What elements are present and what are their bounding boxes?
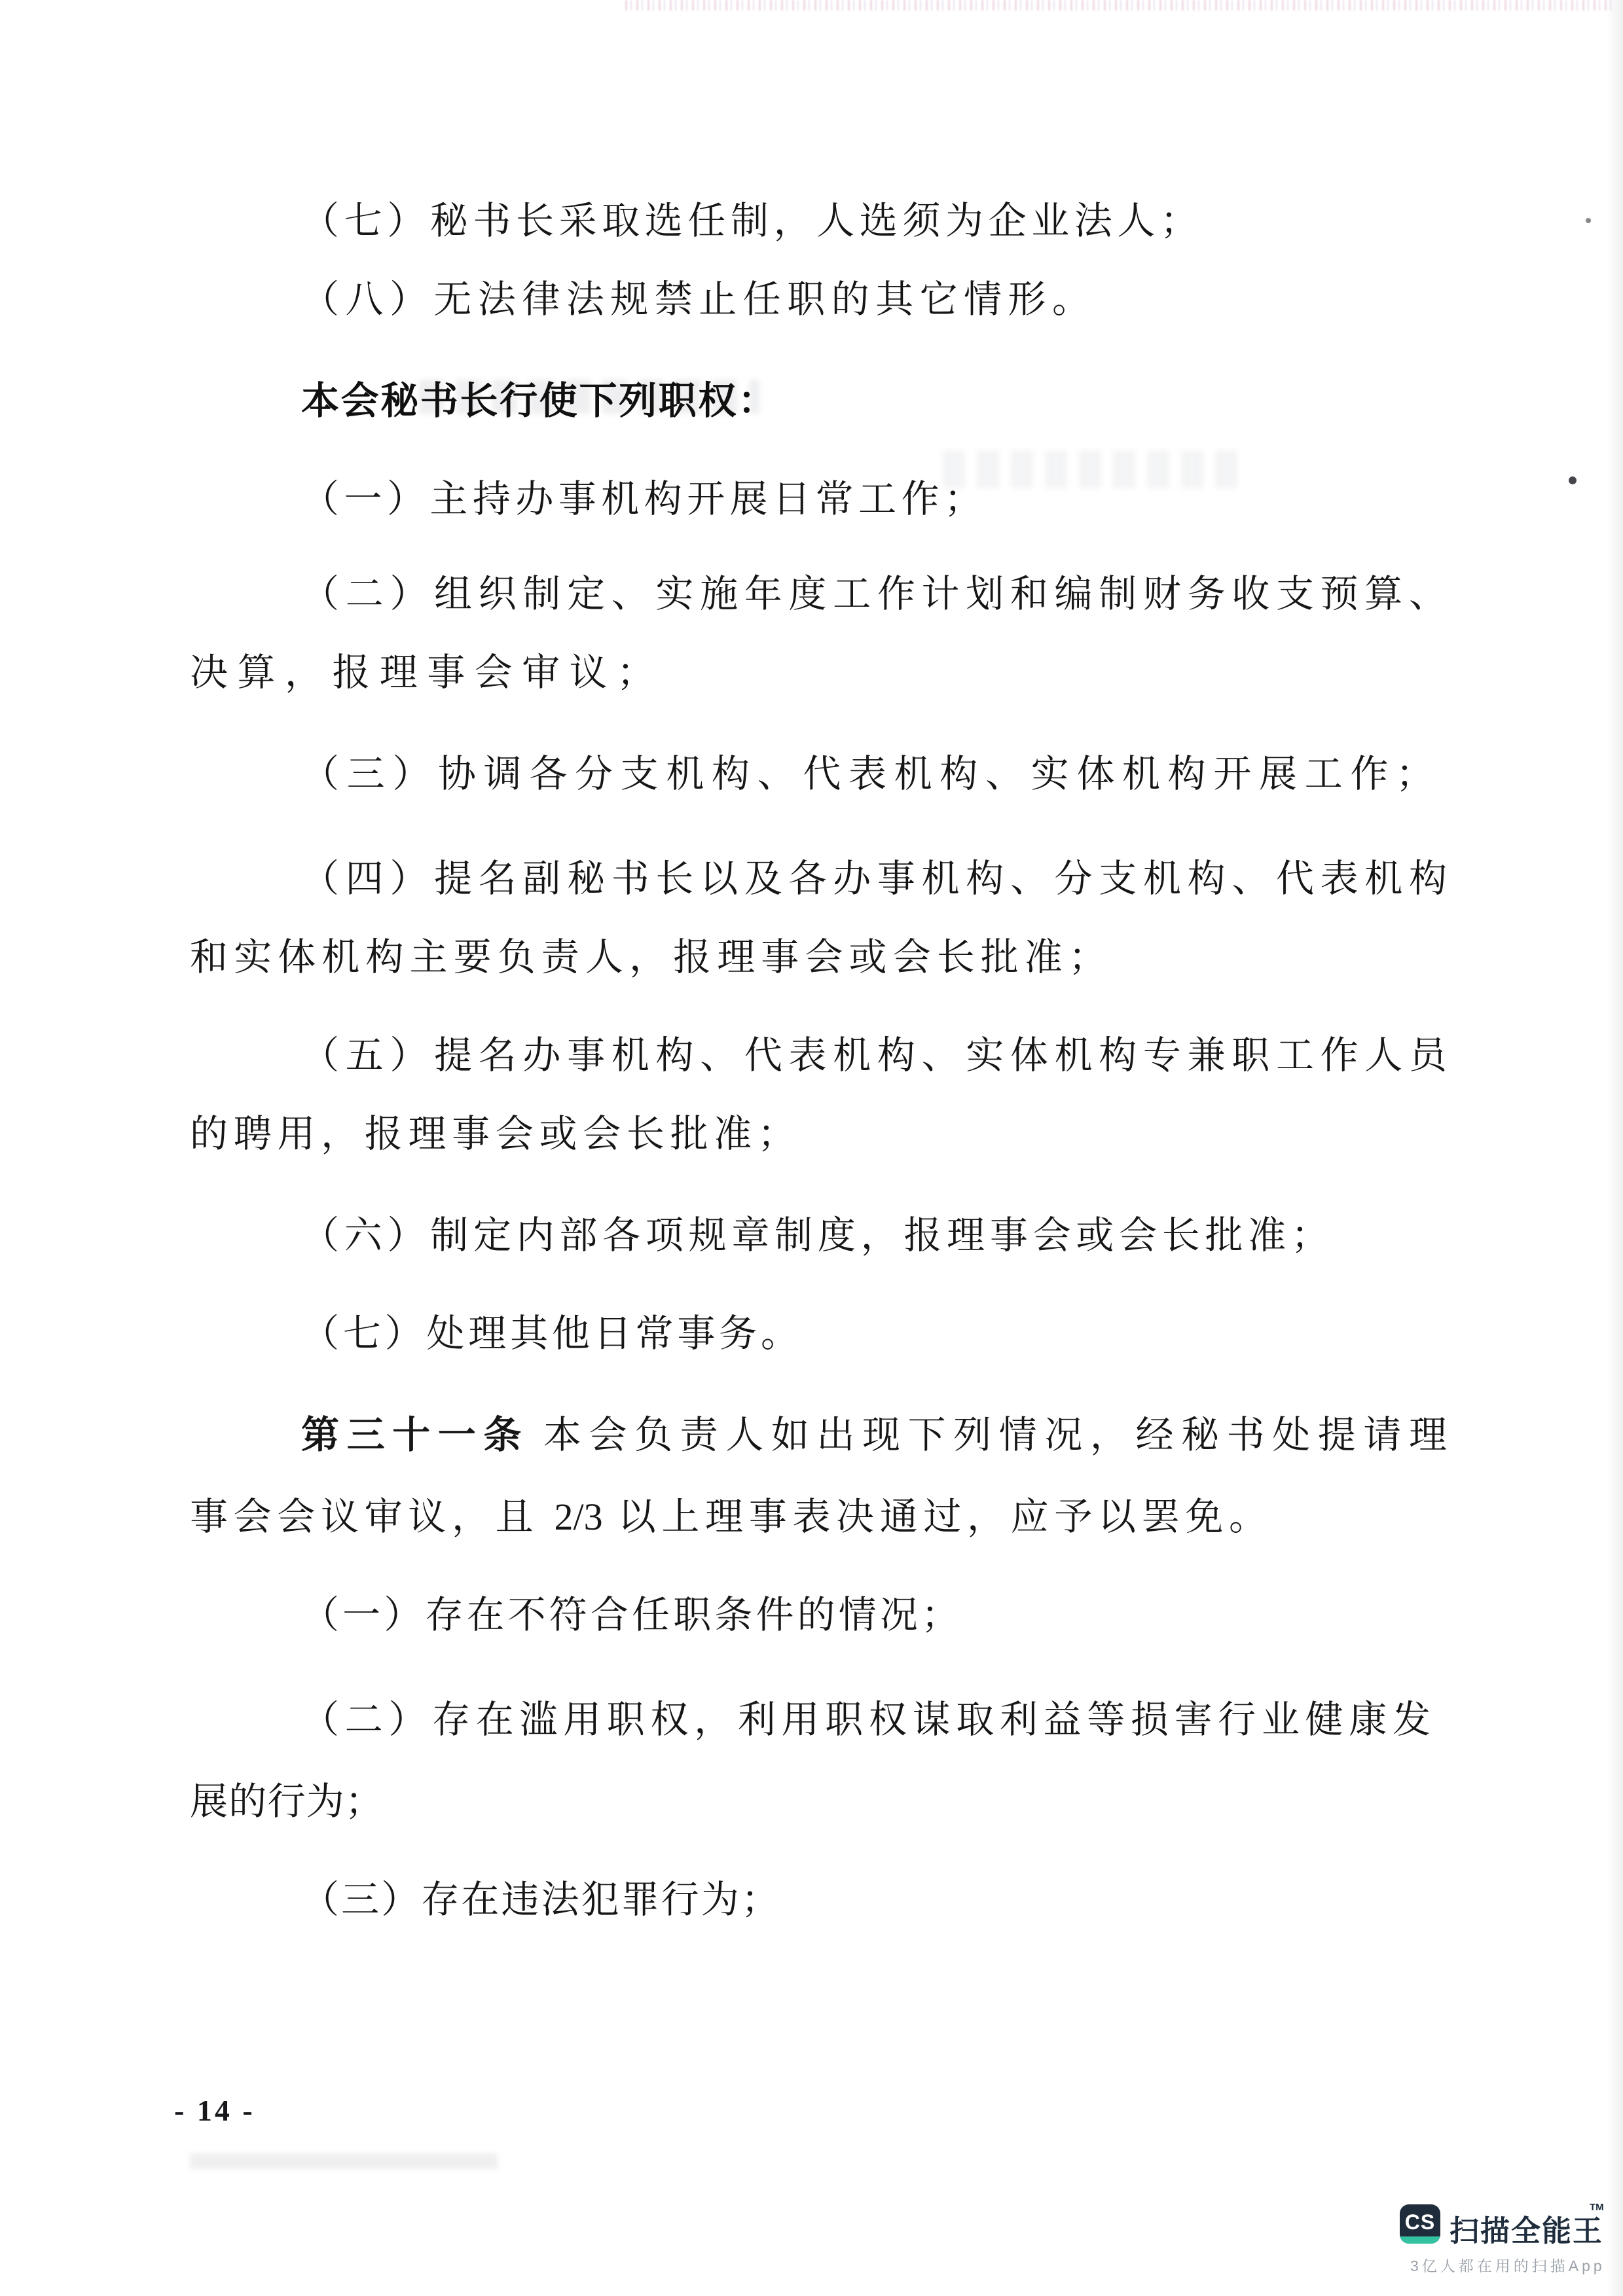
clause-line-cont: 展的行为； <box>190 1763 383 1840</box>
scan-artifact-ink-dot <box>1586 218 1591 223</box>
clause-line: （七）处理其他日常事务。 <box>301 1295 799 1372</box>
clause-line: （八）无法律法规禁止任职的其它情形。 <box>301 261 1090 338</box>
clause-line: （四）提名副秘书长以及各办事机构、分支机构、代表机构 <box>301 840 1447 918</box>
clause-line: （一）存在不符合任职条件的情况； <box>301 1577 959 1654</box>
clause-line: 决算，报理事会审议； <box>190 634 655 711</box>
clause-line: 和实体机构主要负责人，报理事会或会长批准； <box>190 919 1106 996</box>
article-line: 第三十一条本会负责人如出现下列情况，经秘书处提请理 <box>301 1397 1447 1474</box>
clause-line: （七）秘书长采取选任制，人选须为企业法人； <box>301 183 1198 260</box>
clause-line: （二）存在滥用职权，利用职权谋取利益等损害行业健康发 <box>301 1681 1431 1759</box>
scanned-document-page: （七）秘书长采取选任制，人选须为企业法人； （八）无法律法规禁止任职的其它情形。… <box>0 0 1623 2296</box>
scan-artifact-ink-bleed <box>190 2153 498 2169</box>
scan-artifact-edge-shadow <box>1606 0 1623 2296</box>
clause-line: （二）组织制定、实施年度工作计划和编制财务收支预算、 <box>301 556 1447 633</box>
article-text: 本会负责人如出现下列情况，经秘书处提请理 <box>543 1414 1447 1456</box>
article-line-cont: 事会会议审议，且 2/3 以上理事表决通过，应予以罢免。 <box>190 1479 1267 1556</box>
article-number: 第三十一条 <box>301 1414 529 1456</box>
section-heading: 本会秘书长行使下列职权： <box>301 363 776 440</box>
camscanner-logo-icon: CS <box>1400 2204 1440 2244</box>
camscanner-app-name: 扫描全能王 <box>1450 2207 1603 2250</box>
page-number: - 14 - <box>174 2093 255 2128</box>
scan-artifact-ink-bleed <box>943 450 1244 488</box>
scan-artifact-ink-dot <box>1569 476 1577 484</box>
scan-artifact-top-streak <box>625 0 1614 10</box>
clause-line: （三）存在违法犯罪行为； <box>301 1861 779 1939</box>
camscanner-tagline: 3亿人都在用的扫描App <box>1410 2254 1605 2276</box>
clause-line: （六）制定内部各项规章制度，报理事会或会长批准； <box>301 1197 1329 1274</box>
clause-line: （五）提名办事机构、代表机构、实体机构专兼职工作人员 <box>301 1017 1447 1094</box>
logo-teal-strip <box>1400 2236 1440 2244</box>
camscanner-watermark: CS 扫描全能王 TM 3亿人都在用的扫描App <box>1400 2203 1616 2282</box>
logo-cs-letters: CS <box>1400 2207 1440 2237</box>
trademark-symbol: TM <box>1590 2202 1604 2213</box>
clause-line: （一）主持办事机构开展日常工作； <box>301 461 982 538</box>
clause-line: 的聘用，报理事会或会长批准； <box>190 1096 795 1173</box>
clause-line: （三）协调各分支机构、代表机构、实体机构开展工作； <box>301 736 1434 813</box>
